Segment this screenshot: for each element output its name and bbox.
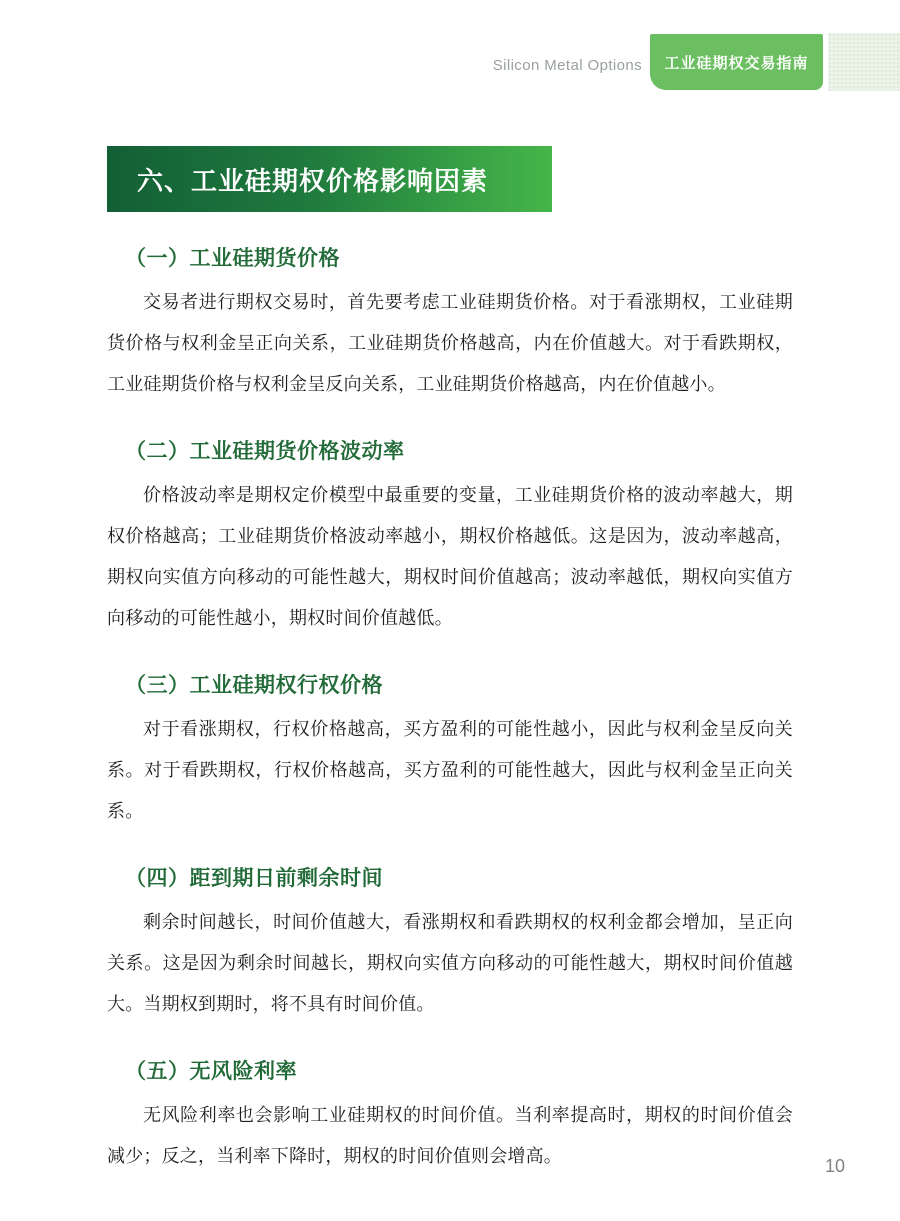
section-risk-free-rate: （五）无风险利率 无风险利率也会影响工业硅期权的时间价值。当利率提高时，期权的时… (107, 1055, 793, 1177)
section-paragraph: 对于看涨期权，行权价格越高，买方盈利的可能性越小，因此与权利金呈反向关系。对于看… (107, 709, 793, 832)
section-heading: （一）工业硅期货价格 (107, 242, 793, 272)
header-doc-title-en: Silicon Metal Options (493, 57, 642, 74)
section-paragraph: 剩余时间越长，时间价值越大，看涨期权和看跌期权的权利金都会增加，呈正向关系。这是… (107, 902, 793, 1025)
section-strike-price: （三）工业硅期权行权价格 对于看涨期权，行权价格越高，买方盈利的可能性越小，因此… (107, 669, 793, 832)
section-heading: （三）工业硅期权行权价格 (107, 669, 793, 699)
page-number: 10 (825, 1156, 845, 1177)
section-price-volatility: （二）工业硅期货价格波动率 价格波动率是期权定价模型中最重要的变量，工业硅期货价… (107, 435, 793, 639)
header-title-badge: 工业硅期权交易指南 (650, 34, 823, 90)
page-header: Silicon Metal Options 工业硅期权交易指南 (0, 0, 900, 91)
section-heading: （二）工业硅期货价格波动率 (107, 435, 793, 465)
section-paragraph: 无风险利率也会影响工业硅期权的时间价值。当利率提高时，期权的时间价值会减少；反之… (107, 1095, 793, 1177)
section-paragraph: 价格波动率是期权定价模型中最重要的变量，工业硅期货价格的波动率越大，期权价格越高… (107, 475, 793, 639)
section-paragraph: 交易者进行期权交易时，首先要考虑工业硅期货价格。对于看涨期权，工业硅期货价格与权… (107, 282, 793, 405)
chapter-title-banner: 六、工业硅期权价格影响因素 (107, 146, 552, 212)
section-futures-price: （一）工业硅期货价格 交易者进行期权交易时，首先要考虑工业硅期货价格。对于看涨期… (107, 242, 793, 405)
header-decorative-block (828, 33, 900, 91)
document-page: Silicon Metal Options 工业硅期权交易指南 六、工业硅期权价… (0, 0, 900, 1221)
section-heading: （五）无风险利率 (107, 1055, 793, 1085)
section-time-to-expiry: （四）距到期日前剩余时间 剩余时间越长，时间价值越大，看涨期权和看跌期权的权利金… (107, 862, 793, 1025)
document-content: （一）工业硅期货价格 交易者进行期权交易时，首先要考虑工业硅期货价格。对于看涨期… (107, 212, 793, 1177)
section-heading: （四）距到期日前剩余时间 (107, 862, 793, 892)
